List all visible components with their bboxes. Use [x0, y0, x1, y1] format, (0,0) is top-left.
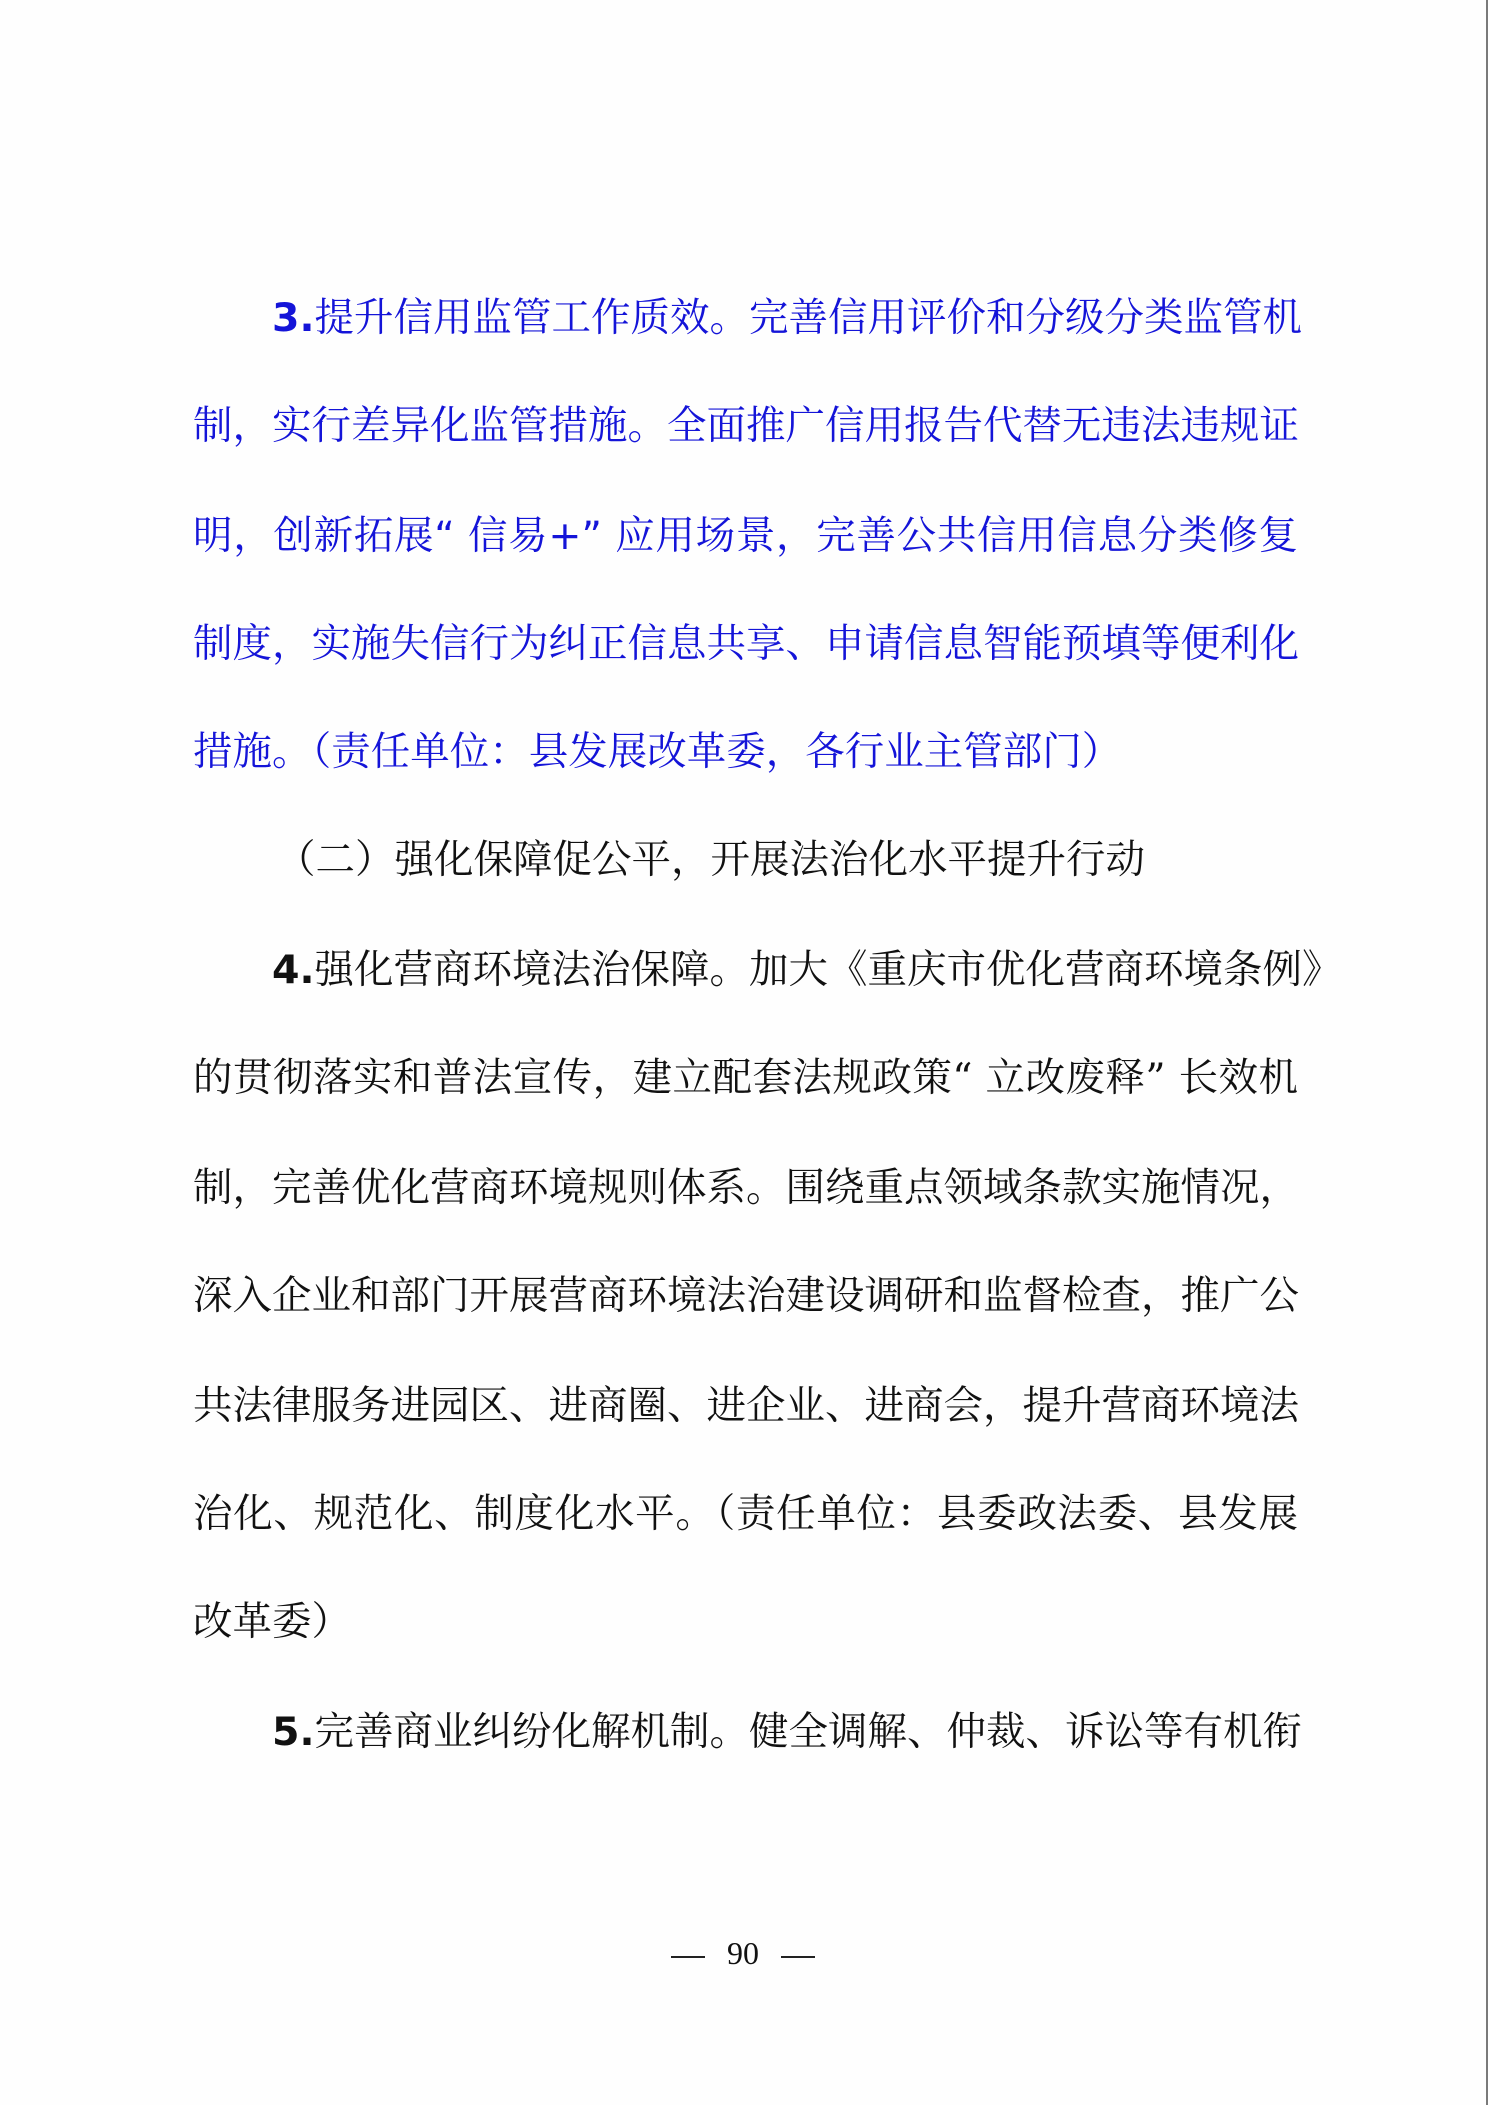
- item-3-line-5: 措施。（责任单位：县发展改革委，各行业主管部门）: [193, 727, 1303, 777]
- section-heading: （二）强化保障促公平，开展法治化水平提升行动: [276, 835, 1386, 885]
- item-4-line-4: 深入企业和部门开展营商环境法治建设调研和监督检查，推广公: [193, 1271, 1298, 1321]
- item-number: 4.: [272, 947, 315, 993]
- item-4-line-5: 共法律服务进园区、进商圈、进企业、进商会，提升营商环境法: [193, 1381, 1298, 1431]
- item-3-line-4: 制度，实施失信行为纠正信息共享、申请信息智能预填等便利化: [193, 619, 1298, 669]
- item-number: 5.: [272, 1709, 315, 1755]
- footer-dash-right: [781, 1956, 815, 1958]
- item-4-line-2: 的贯彻落实和普法宣传，建立配套法规政策“ 立改废释” 长效机: [193, 1053, 1298, 1103]
- footer-dash-left: [671, 1956, 705, 1958]
- document-page: 3.提升信用监管工作质效。完善信用评价和分级分类监管机 制，实行差异化监管措施。…: [0, 0, 1486, 2105]
- item-4-line-3: 制，完善优化营商环境规则体系。围绕重点领域条款实施情况，: [193, 1163, 1298, 1213]
- item-3-line-2: 制，实行差异化监管措施。全面推广信用报告代替无违法违规证: [193, 401, 1298, 451]
- page-number: 90: [727, 1935, 759, 1972]
- item-4-line-1: 4.强化营商环境法治保障。加大《重庆市优化营商环境条例》: [272, 945, 1298, 995]
- item-4-line-7: 改革委）: [193, 1597, 1303, 1647]
- item-number: 3.: [272, 295, 315, 341]
- item-3-line-3: 明，创新拓展“ 信易+” 应用场景，完善公共信用信息分类修复: [193, 511, 1298, 561]
- item-3-line-1: 3.提升信用监管工作质效。完善信用评价和分级分类监管机: [272, 293, 1298, 343]
- item-5-line-1: 5.完善商业纠纷化解机制。健全调解、仲裁、诉讼等有机衔: [272, 1707, 1298, 1757]
- item-4-line-6: 治化、规范化、制度化水平。（责任单位：县委政法委、县发展: [193, 1489, 1298, 1539]
- page-footer: 90: [0, 1935, 1486, 1972]
